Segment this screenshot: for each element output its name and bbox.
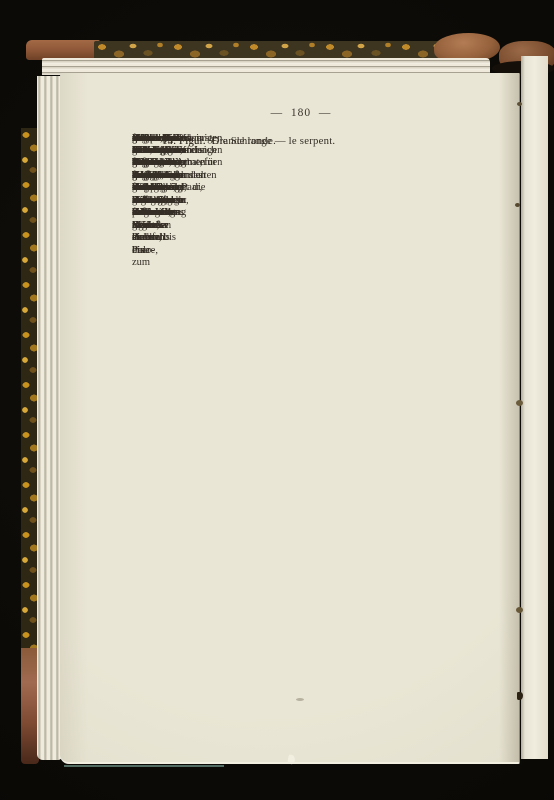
marbled-cover-fore-edge xyxy=(21,128,38,650)
book-page xyxy=(60,73,520,764)
facing-page-edge xyxy=(521,56,548,759)
text-line: welches gesucht haben sollte an der erst… xyxy=(132,133,169,258)
page-number: — 180 — xyxy=(132,107,470,120)
gutter-speck xyxy=(517,102,522,106)
page-stain xyxy=(296,698,304,701)
gutter-speck xyxy=(516,607,523,613)
gutter-speck xyxy=(516,400,523,406)
leather-cover-corner-left xyxy=(26,40,100,60)
text-column: — 180 — Bei der Schwenkung wenden sich d… xyxy=(132,107,470,130)
page-stack-fore-edges xyxy=(37,76,62,760)
bottom-edge-highlight xyxy=(64,765,224,767)
book-photograph: — 180 — Bei der Schwenkung wenden sich d… xyxy=(0,0,554,800)
gutter-speck xyxy=(515,203,520,207)
